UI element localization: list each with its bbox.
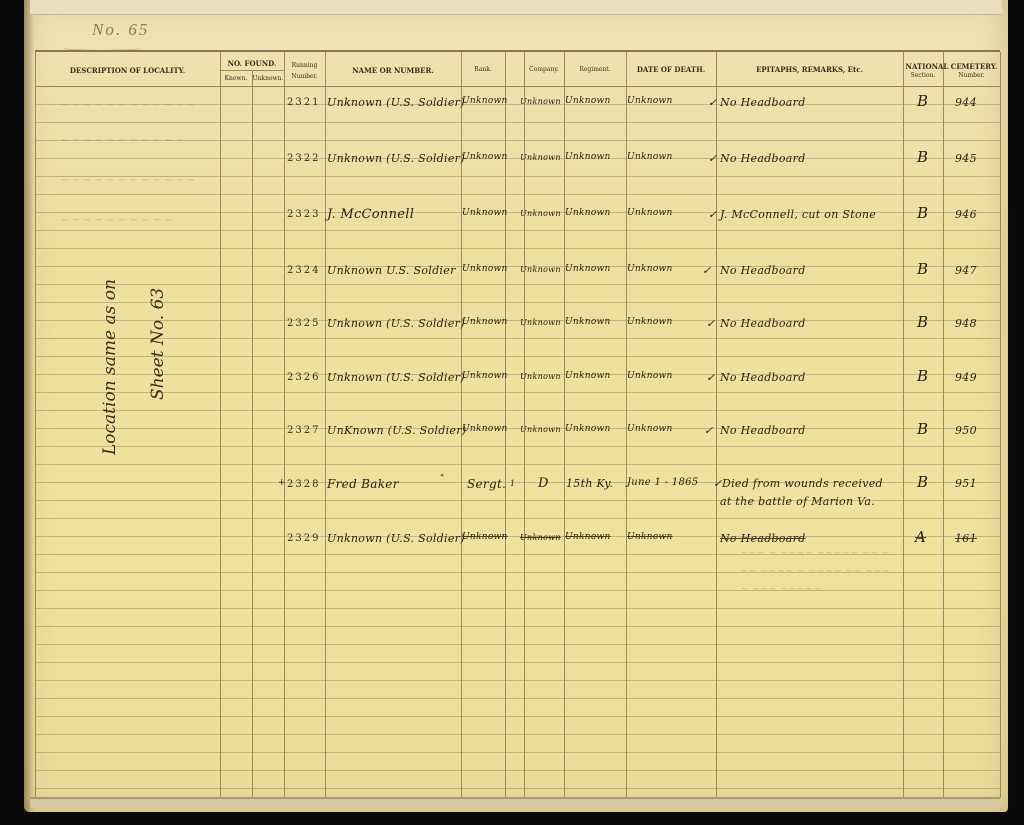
company: Unknown bbox=[520, 318, 561, 327]
bleed-through-text: ~~~ ~ ~~~~ ~~~~~ ~~ ~ bbox=[740, 548, 890, 559]
header-no-found: NO. FOUND. bbox=[220, 59, 284, 68]
ruled-line bbox=[35, 716, 1000, 717]
date-of-death: Unknown bbox=[627, 424, 673, 434]
header-section: Section. bbox=[903, 72, 943, 80]
header-known: Known. bbox=[220, 75, 252, 83]
cemetery-section: B bbox=[917, 473, 928, 491]
header-unknown: Unknown. bbox=[252, 75, 284, 83]
company: Unknown bbox=[520, 209, 561, 218]
column-rule-name bbox=[325, 52, 326, 798]
ruled-line bbox=[35, 230, 1000, 231]
cemetery-section: B bbox=[917, 148, 928, 166]
header-company: Company. bbox=[524, 66, 564, 74]
remarks: No Headboard bbox=[720, 371, 806, 384]
cemetery-number: 945 bbox=[955, 152, 977, 165]
rank: Unknown bbox=[462, 264, 508, 274]
name: Unknown (U.S. Soldier) bbox=[327, 532, 465, 545]
header-name: NAME OR NUMBER. bbox=[325, 66, 461, 75]
cemetery-section: B bbox=[917, 260, 928, 278]
running-number: 2325 bbox=[287, 318, 320, 329]
regiment: Unknown bbox=[565, 424, 611, 434]
ruled-line bbox=[35, 698, 1000, 699]
ruled-line bbox=[35, 590, 1000, 591]
cemetery-number: 948 bbox=[955, 317, 977, 330]
header-regiment: Regiment. bbox=[564, 66, 626, 74]
cemetery-number: 161 bbox=[955, 532, 977, 545]
running-number: 2327 bbox=[287, 425, 320, 436]
no-found-subrule bbox=[220, 70, 284, 71]
company: Unknown bbox=[520, 425, 561, 434]
margin-note-line-1: Location same as on bbox=[100, 279, 120, 455]
ruled-line bbox=[35, 788, 1000, 789]
check-mark: ✓ bbox=[706, 371, 716, 384]
ruled-line bbox=[35, 644, 1000, 645]
company: Unknown bbox=[520, 97, 561, 106]
header-top-rule bbox=[35, 50, 1000, 52]
column-rule-number bbox=[943, 52, 944, 798]
regiment: Unknown bbox=[565, 208, 611, 218]
header-national-cemetery: NATIONAL CEMETERY. bbox=[903, 62, 1000, 71]
regiment: 15th Ky. bbox=[566, 477, 613, 490]
company: Unknown bbox=[520, 265, 561, 274]
bleed-through-text: ~ ~ ~ ~ ~ ~ ~ ~ ~ ~ ~ bbox=[60, 135, 184, 146]
bleed-through-text: ~~ ~~~~ ~ ~~~~ ~~ ~~~ bbox=[740, 566, 890, 577]
cemetery-section: B bbox=[917, 204, 928, 222]
cemetery-section: A bbox=[915, 528, 926, 546]
header-number: Number. bbox=[943, 72, 1000, 80]
running-number: 2326 bbox=[287, 372, 320, 383]
bleed-through-text: ~ ~ ~ ~ ~ ~ ~ ~ ~ ~ ~ ~ bbox=[60, 100, 196, 111]
column-rule-right bbox=[1000, 52, 1001, 798]
regiment: Unknown bbox=[565, 532, 611, 542]
column-rule-left bbox=[35, 52, 36, 798]
ruled-line bbox=[35, 122, 1000, 123]
name: Unknown U.S. Soldier bbox=[327, 264, 456, 277]
ruled-line bbox=[35, 626, 1000, 627]
remarks: Died from wounds received bbox=[722, 477, 883, 490]
cemetery-number: 951 bbox=[955, 477, 977, 490]
page-top-flap bbox=[30, 0, 1002, 15]
check-mark: ✓ bbox=[708, 152, 718, 165]
column-rule-unknown bbox=[252, 70, 253, 798]
rank: Unknown bbox=[462, 424, 508, 434]
date-of-death: Unknown bbox=[627, 317, 673, 327]
remarks: No Headboard bbox=[720, 317, 806, 330]
date-of-death: Unknown bbox=[627, 96, 673, 106]
running-number: 2324 bbox=[287, 265, 320, 276]
ruled-line bbox=[35, 680, 1000, 681]
ruled-line bbox=[35, 770, 1000, 771]
remarks: No Headboard bbox=[720, 264, 806, 277]
date-of-death: Unknown bbox=[627, 264, 673, 274]
company: Unknown bbox=[520, 533, 561, 542]
rank: Unknown bbox=[462, 152, 508, 162]
ruled-line bbox=[35, 662, 1000, 663]
rank: Unknown bbox=[462, 317, 508, 327]
regiment: Unknown bbox=[565, 371, 611, 381]
header-running-2: Number. bbox=[284, 73, 325, 81]
remarks: No Headboard bbox=[720, 152, 806, 165]
regiment: Unknown bbox=[565, 96, 611, 106]
running-number: 2321 bbox=[287, 97, 320, 108]
remarks-line-2: at the battle of Marion Va. bbox=[720, 495, 875, 508]
cemetery-number: 949 bbox=[955, 371, 977, 384]
date-of-death: June 1 - 1865 bbox=[627, 477, 698, 488]
sheet-number: No. 65 bbox=[92, 20, 149, 40]
cemetery-section: B bbox=[917, 313, 928, 331]
rank: Sergt. bbox=[467, 477, 506, 491]
remarks: No Headboard bbox=[720, 96, 806, 109]
check-mark: ✓ bbox=[702, 264, 712, 277]
company: D bbox=[538, 476, 549, 491]
name: Fred Baker bbox=[327, 477, 399, 491]
running-number: 2328 bbox=[287, 479, 320, 490]
date-of-death: Unknown bbox=[627, 208, 673, 218]
header-running-1: Running bbox=[284, 62, 325, 70]
cemetery-number: 950 bbox=[955, 424, 977, 437]
rank: Unknown bbox=[462, 532, 508, 542]
ruled-line bbox=[35, 536, 1000, 537]
column-rule-section bbox=[903, 52, 904, 798]
header-epitaphs: EPITAPHS, REMARKS, Etc. bbox=[716, 65, 903, 74]
ruled-line bbox=[35, 518, 1000, 519]
bleed-through-text: ~ ~ ~ ~ ~ ~ ~ ~ ~ ~ bbox=[60, 215, 172, 226]
header-date-of-death: DATE OF DEATH. bbox=[626, 65, 716, 74]
ruled-line bbox=[35, 248, 1000, 249]
name: Unknown (U.S. Soldier) bbox=[327, 317, 465, 330]
known-tick: + bbox=[278, 478, 286, 488]
regiment: Unknown bbox=[565, 264, 611, 274]
running-number: 2322 bbox=[287, 153, 320, 164]
company: Unknown bbox=[520, 372, 561, 381]
cemetery-section: B bbox=[917, 367, 928, 385]
column-rule-running bbox=[284, 52, 285, 798]
cemetery-number: 944 bbox=[955, 96, 977, 109]
ruled-line bbox=[35, 734, 1000, 735]
regiment: Unknown bbox=[565, 317, 611, 327]
rank: Unknown bbox=[462, 96, 508, 106]
remarks: No Headboard bbox=[720, 532, 806, 545]
column-rule-known bbox=[220, 52, 221, 798]
ditto-mark: " bbox=[440, 474, 444, 484]
page-bottom-edge bbox=[30, 799, 1000, 809]
ruled-line bbox=[35, 752, 1000, 753]
name: UnKnown (U.S. Soldier) bbox=[327, 424, 466, 437]
bleed-through-text: ~ ~ ~ ~ ~ ~ ~ ~ ~ ~ ~ ~ bbox=[60, 175, 196, 186]
date-of-death: Unknown bbox=[627, 371, 673, 381]
cemetery-section: B bbox=[917, 420, 928, 438]
name: J. McConnell bbox=[327, 207, 414, 222]
header-bottom-rule bbox=[35, 86, 1000, 87]
cemetery-section: B bbox=[917, 92, 928, 110]
check-mark: ✓ bbox=[708, 96, 718, 109]
name: Unknown (U.S. Soldier) bbox=[327, 96, 465, 109]
regiment: Unknown bbox=[565, 152, 611, 162]
running-number: 2323 bbox=[287, 209, 320, 220]
ruled-line bbox=[35, 608, 1000, 609]
locality-margin-note: Location same as on Sheet No. 63 bbox=[100, 250, 210, 470]
margin-note-line-2: Sheet No. 63 bbox=[148, 288, 168, 400]
check-mark: ✓ bbox=[706, 317, 716, 330]
rank: Unknown bbox=[462, 371, 508, 381]
rank: Unknown bbox=[462, 208, 508, 218]
name: Unknown (U.S. Soldier) bbox=[327, 152, 465, 165]
bleed-through-text: ~ ~~~ ~~~~~ bbox=[740, 584, 822, 595]
company: Unknown bbox=[520, 153, 561, 162]
running-number: 2329 bbox=[287, 533, 320, 544]
cemetery-number: 946 bbox=[955, 208, 977, 221]
remarks: No Headboard bbox=[720, 424, 806, 437]
remarks: J. McConnell, cut on Stone bbox=[720, 208, 876, 221]
date-of-death: Unknown bbox=[627, 152, 673, 162]
check-mark: ✓ bbox=[704, 424, 714, 437]
cemetery-number: 947 bbox=[955, 264, 977, 277]
ruled-line bbox=[35, 194, 1000, 195]
ruled-line bbox=[35, 158, 1000, 159]
check-mark: ✓ bbox=[708, 208, 718, 221]
blank-column-mark: 1 bbox=[510, 479, 515, 488]
date-of-death: Unknown bbox=[627, 532, 673, 542]
header-rank: Rank. bbox=[461, 66, 505, 74]
name: Unknown (U.S. Soldier) bbox=[327, 371, 465, 384]
header-description: DESCRIPTION OF LOCALITY. bbox=[35, 66, 220, 75]
page-binding-shadow bbox=[24, 0, 34, 812]
